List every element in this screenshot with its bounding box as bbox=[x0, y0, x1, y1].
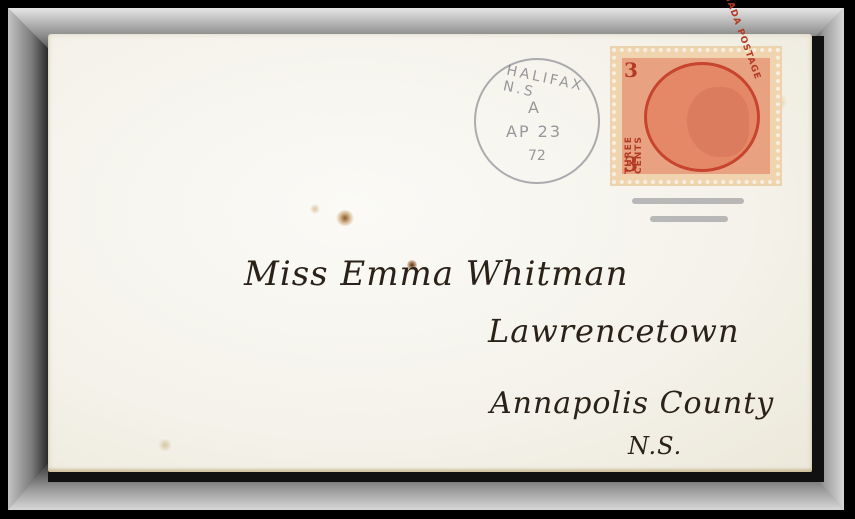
address-county: Annapolis County bbox=[490, 386, 774, 421]
postmark-date: AP 23 bbox=[506, 122, 562, 141]
stamp-face: 3 3 CANADA POSTAGE THREE CENTS bbox=[622, 58, 770, 174]
foxing-stain bbox=[158, 439, 172, 451]
queen-portrait-icon bbox=[687, 87, 749, 157]
stamp-value-label: THREE CENTS bbox=[624, 98, 644, 174]
envelope: HALIFAX N.S A AP 23 72 3 3 CANADA POSTAG… bbox=[48, 34, 812, 472]
postmark-letter: A bbox=[528, 98, 539, 117]
stamp-denomination: 3 bbox=[624, 58, 638, 82]
foxing-stain bbox=[336, 210, 354, 226]
postage-stamp: 3 3 CANADA POSTAGE THREE CENTS bbox=[612, 48, 780, 184]
frame-bevel-left bbox=[8, 8, 48, 510]
address-province: N.S. bbox=[628, 432, 682, 460]
stamp-portrait-oval bbox=[644, 62, 760, 172]
postmark-year: 72 bbox=[528, 148, 546, 164]
postmark-town: HALIFAX N.S bbox=[502, 63, 601, 114]
address-town: Lawrencetown bbox=[488, 312, 740, 350]
foxing-stain bbox=[310, 204, 320, 214]
circular-postmark: HALIFAX N.S A AP 23 72 bbox=[474, 58, 600, 184]
address-recipient: Miss Emma Whitman bbox=[244, 254, 629, 294]
